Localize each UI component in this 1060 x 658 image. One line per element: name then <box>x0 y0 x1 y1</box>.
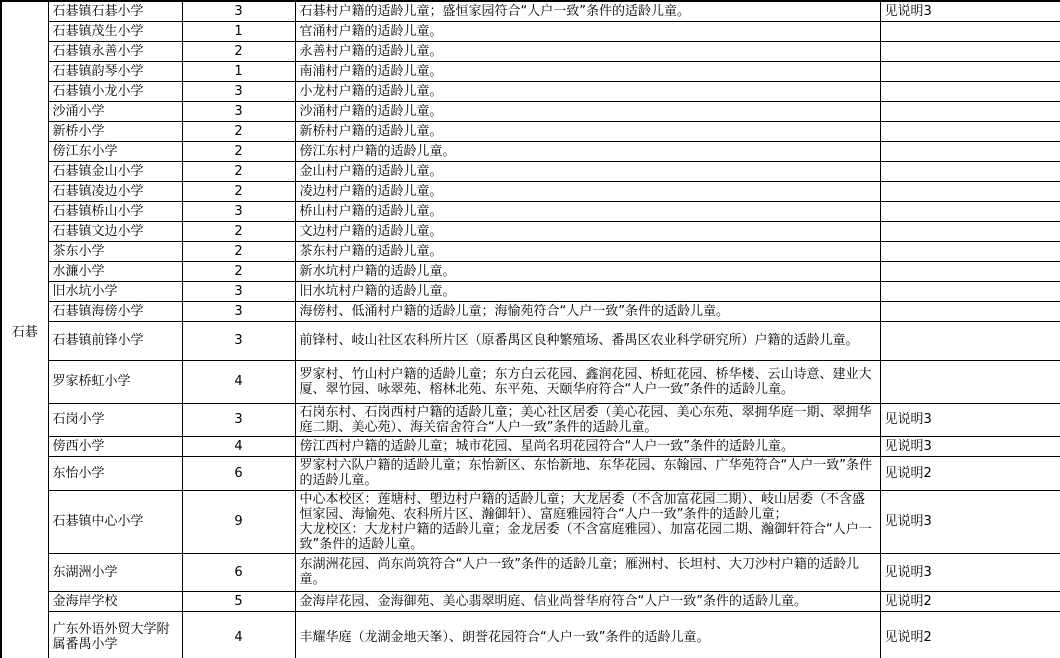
class-count-cell: 4 <box>182 611 295 658</box>
class-count-cell: 3 <box>182 403 295 436</box>
enrollment-scope-cell: 桥山村户籍的适龄儿童。 <box>295 201 880 221</box>
class-count-cell: 3 <box>182 281 295 301</box>
school-name-cell: 旧水坑小学 <box>48 281 182 301</box>
remark-cell <box>880 141 1060 161</box>
enrollment-scope-cell: 永善村户籍的适龄儿童。 <box>295 41 880 61</box>
remark-cell <box>880 101 1060 121</box>
class-count-cell: 2 <box>182 181 295 201</box>
table-body: 石碁石碁镇石碁小学 3 石碁村户籍的适龄儿童；盛恒家园符合“人户一致”条件的适龄… <box>1 1 1060 658</box>
enrollment-scope-cell: 中心本校区：莲塘村、塱边村户籍的适龄儿童；大龙居委（不含加富花园二期）、岐山居委… <box>295 490 880 553</box>
table-row: 金海岸学校 5 金海岸花园、金海御苑、美心翡翠明庭、信业尚誉华府符合“人户一致”… <box>1 591 1060 611</box>
remark-cell <box>880 360 1060 403</box>
table-row: 石碁镇金山小学 2 金山村户籍的适龄儿童。 <box>1 161 1060 181</box>
enrollment-scope-cell: 石碁村户籍的适龄儿童；盛恒家园符合“人户一致”条件的适龄儿童。 <box>295 1 880 21</box>
school-name-cell: 石碁镇文边小学 <box>48 221 182 241</box>
school-name-cell: 石碁镇茂生小学 <box>48 21 182 41</box>
district-cell: 石碁 <box>1 1 48 658</box>
table-row: 石碁镇小龙小学 3 小龙村户籍的适龄儿童。 <box>1 81 1060 101</box>
table-row: 石碁镇茂生小学 1 官涌村户籍的适龄儿童。 <box>1 21 1060 41</box>
table-row: 东湖洲小学 6 东湖洲花园、尚东尚筑符合“人户一致”条件的适龄儿童；雁洲村、长坦… <box>1 553 1060 591</box>
class-count-cell: 3 <box>182 81 295 101</box>
class-count-cell: 2 <box>182 41 295 61</box>
table-row: 旧水坑小学 3 旧水坑村户籍的适龄儿童。 <box>1 281 1060 301</box>
enrollment-scope-cell: 凌边村户籍的适龄儿童。 <box>295 181 880 201</box>
enrollment-scope-cell: 金山村户籍的适龄儿童。 <box>295 161 880 181</box>
enrollment-scope-cell: 小龙村户籍的适龄儿童。 <box>295 81 880 101</box>
table-row: 石碁镇桥山小学 3 桥山村户籍的适龄儿童。 <box>1 201 1060 221</box>
class-count-cell: 9 <box>182 490 295 553</box>
remark-cell <box>880 21 1060 41</box>
class-count-cell: 2 <box>182 261 295 281</box>
school-name-cell: 金海岸学校 <box>48 591 182 611</box>
remark-cell: 见说明3 <box>880 403 1060 436</box>
school-name-cell: 罗家桥虹小学 <box>48 360 182 403</box>
enrollment-scope-cell: 海傍村、低涌村户籍的适龄儿童；海愉苑符合“人户一致”条件的适龄儿童。 <box>295 301 880 321</box>
school-name-cell: 石岗小学 <box>48 403 182 436</box>
table-row: 傍西小学 4 傍江西村户籍的适龄儿童；城市花园、星尚名玥花园符合“人户一致”条件… <box>1 436 1060 456</box>
school-name-cell: 石碁镇金山小学 <box>48 161 182 181</box>
enrollment-scope-cell: 傍江西村户籍的适龄儿童；城市花园、星尚名玥花园符合“人户一致”条件的适龄儿童。 <box>295 436 880 456</box>
table-row: 石碁镇中心小学 9 中心本校区：莲塘村、塱边村户籍的适龄儿童；大龙居委（不含加富… <box>1 490 1060 553</box>
remark-cell <box>880 121 1060 141</box>
remark-cell <box>880 201 1060 221</box>
class-count-cell: 1 <box>182 61 295 81</box>
class-count-cell: 2 <box>182 161 295 181</box>
remark-cell <box>880 241 1060 261</box>
school-name-cell: 水濂小学 <box>48 261 182 281</box>
class-count-cell: 3 <box>182 201 295 221</box>
table-row: 石碁镇海傍小学 3 海傍村、低涌村户籍的适龄儿童；海愉苑符合“人户一致”条件的适… <box>1 301 1060 321</box>
school-name-cell: 新桥小学 <box>48 121 182 141</box>
school-name-cell: 石碁镇前锋小学 <box>48 321 182 360</box>
school-name-cell: 东湖洲小学 <box>48 553 182 591</box>
remark-cell: 见说明3 <box>880 1 1060 21</box>
enrollment-scope-cell: 石岗东村、石岗西村户籍的适龄儿童；美心社区居委（美心花园、美心东苑、翠拥华庭一期… <box>295 403 880 436</box>
remark-cell <box>880 261 1060 281</box>
page: 石碁石碁镇石碁小学 3 石碁村户籍的适龄儿童；盛恒家园符合“人户一致”条件的适龄… <box>0 0 1060 658</box>
school-enrollment-table: 石碁石碁镇石碁小学 3 石碁村户籍的适龄儿童；盛恒家园符合“人户一致”条件的适龄… <box>0 0 1060 658</box>
school-name-cell: 广东外语外贸大学附属番禺小学 <box>48 611 182 658</box>
enrollment-scope-cell: 罗家村六队户籍的适龄儿童；东怡新区、东怡新地、东华花园、东翰园、广华苑符合“人户… <box>295 456 880 490</box>
class-count-cell: 2 <box>182 121 295 141</box>
remark-cell: 见说明3 <box>880 490 1060 553</box>
class-count-cell: 2 <box>182 141 295 161</box>
remark-cell <box>880 221 1060 241</box>
enrollment-scope-cell: 金海岸花园、金海御苑、美心翡翠明庭、信业尚誉华府符合“人户一致”条件的适龄儿童。 <box>295 591 880 611</box>
remark-cell: 见说明2 <box>880 591 1060 611</box>
school-name-cell: 石碁镇海傍小学 <box>48 301 182 321</box>
table-row: 石碁石碁镇石碁小学 3 石碁村户籍的适龄儿童；盛恒家园符合“人户一致”条件的适龄… <box>1 1 1060 21</box>
remark-cell: 见说明2 <box>880 456 1060 490</box>
school-name-cell: 石碁镇中心小学 <box>48 490 182 553</box>
enrollment-scope-cell: 前锋村、岐山社区农科所片区（原番禺区良种繁殖场、番禺区农业科学研究所）户籍的适龄… <box>295 321 880 360</box>
table-row: 石岗小学 3 石岗东村、石岗西村户籍的适龄儿童；美心社区居委（美心花园、美心东苑… <box>1 403 1060 436</box>
class-count-cell: 3 <box>182 101 295 121</box>
class-count-cell: 2 <box>182 241 295 261</box>
remark-cell <box>880 41 1060 61</box>
table-row: 石碁镇韵琴小学 1 南浦村户籍的适龄儿童。 <box>1 61 1060 81</box>
enrollment-scope-cell: 新水坑村户籍的适龄儿童。 <box>295 261 880 281</box>
class-count-cell: 3 <box>182 1 295 21</box>
table-row: 新桥小学 2 新桥村户籍的适龄儿童。 <box>1 121 1060 141</box>
table-row: 石碁镇前锋小学 3 前锋村、岐山社区农科所片区（原番禺区良种繁殖场、番禺区农业科… <box>1 321 1060 360</box>
school-name-cell: 石碁镇桥山小学 <box>48 201 182 221</box>
school-name-cell: 东怡小学 <box>48 456 182 490</box>
remark-cell: 见说明3 <box>880 553 1060 591</box>
school-name-cell: 傍西小学 <box>48 436 182 456</box>
class-count-cell: 3 <box>182 321 295 360</box>
enrollment-scope-cell: 旧水坑村户籍的适龄儿童。 <box>295 281 880 301</box>
remark-cell <box>880 61 1060 81</box>
school-name-cell: 石碁镇小龙小学 <box>48 81 182 101</box>
remark-cell <box>880 161 1060 181</box>
school-name-cell: 石碁镇石碁小学 <box>48 1 182 21</box>
class-count-cell: 4 <box>182 436 295 456</box>
class-count-cell: 6 <box>182 456 295 490</box>
school-name-cell: 石碁镇凌边小学 <box>48 181 182 201</box>
table-row: 广东外语外贸大学附属番禺小学 4 丰耀华庭（龙湖金地天峯）、朗誉花园符合“人户一… <box>1 611 1060 658</box>
table-row: 石碁镇凌边小学 2 凌边村户籍的适龄儿童。 <box>1 181 1060 201</box>
table-row: 石碁镇文边小学 2 文边村户籍的适龄儿童。 <box>1 221 1060 241</box>
enrollment-scope-cell: 傍江东村户籍的适龄儿童。 <box>295 141 880 161</box>
remark-cell <box>880 321 1060 360</box>
school-name-cell: 沙涌小学 <box>48 101 182 121</box>
enrollment-scope-cell: 茶东村户籍的适龄儿童。 <box>295 241 880 261</box>
remark-cell <box>880 301 1060 321</box>
class-count-cell: 2 <box>182 221 295 241</box>
class-count-cell: 1 <box>182 21 295 41</box>
remark-cell: 见说明2 <box>880 611 1060 658</box>
enrollment-scope-cell: 东湖洲花园、尚东尚筑符合“人户一致”条件的适龄儿童；雁洲村、长坦村、大刀沙村户籍… <box>295 553 880 591</box>
table-row: 茶东小学 2 茶东村户籍的适龄儿童。 <box>1 241 1060 261</box>
remark-cell <box>880 181 1060 201</box>
school-name-cell: 石碁镇永善小学 <box>48 41 182 61</box>
school-name-cell: 石碁镇韵琴小学 <box>48 61 182 81</box>
enrollment-scope-cell: 文边村户籍的适龄儿童。 <box>295 221 880 241</box>
table-row: 东怡小学 6 罗家村六队户籍的适龄儿童；东怡新区、东怡新地、东华花园、东翰园、广… <box>1 456 1060 490</box>
class-count-cell: 4 <box>182 360 295 403</box>
table-row: 沙涌小学 3 沙涌村户籍的适龄儿童。 <box>1 101 1060 121</box>
enrollment-scope-cell: 新桥村户籍的适龄儿童。 <box>295 121 880 141</box>
table-row: 水濂小学 2 新水坑村户籍的适龄儿童。 <box>1 261 1060 281</box>
enrollment-scope-cell: 南浦村户籍的适龄儿童。 <box>295 61 880 81</box>
remark-cell <box>880 281 1060 301</box>
school-name-cell: 傍江东小学 <box>48 141 182 161</box>
table-row: 罗家桥虹小学 4 罗家村、竹山村户籍的适龄儿童；东方白云花园、鑫润花园、桥虹花园… <box>1 360 1060 403</box>
enrollment-scope-cell: 官涌村户籍的适龄儿童。 <box>295 21 880 41</box>
school-name-cell: 茶东小学 <box>48 241 182 261</box>
table-row: 傍江东小学 2 傍江东村户籍的适龄儿童。 <box>1 141 1060 161</box>
class-count-cell: 5 <box>182 591 295 611</box>
remark-cell <box>880 81 1060 101</box>
class-count-cell: 3 <box>182 301 295 321</box>
enrollment-scope-cell: 丰耀华庭（龙湖金地天峯）、朗誉花园符合“人户一致”条件的适龄儿童。 <box>295 611 880 658</box>
table-row: 石碁镇永善小学 2 永善村户籍的适龄儿童。 <box>1 41 1060 61</box>
remark-cell: 见说明3 <box>880 436 1060 456</box>
enrollment-scope-cell: 沙涌村户籍的适龄儿童。 <box>295 101 880 121</box>
class-count-cell: 6 <box>182 553 295 591</box>
enrollment-scope-cell: 罗家村、竹山村户籍的适龄儿童；东方白云花园、鑫润花园、桥虹花园、桥华楼、云山诗意… <box>295 360 880 403</box>
